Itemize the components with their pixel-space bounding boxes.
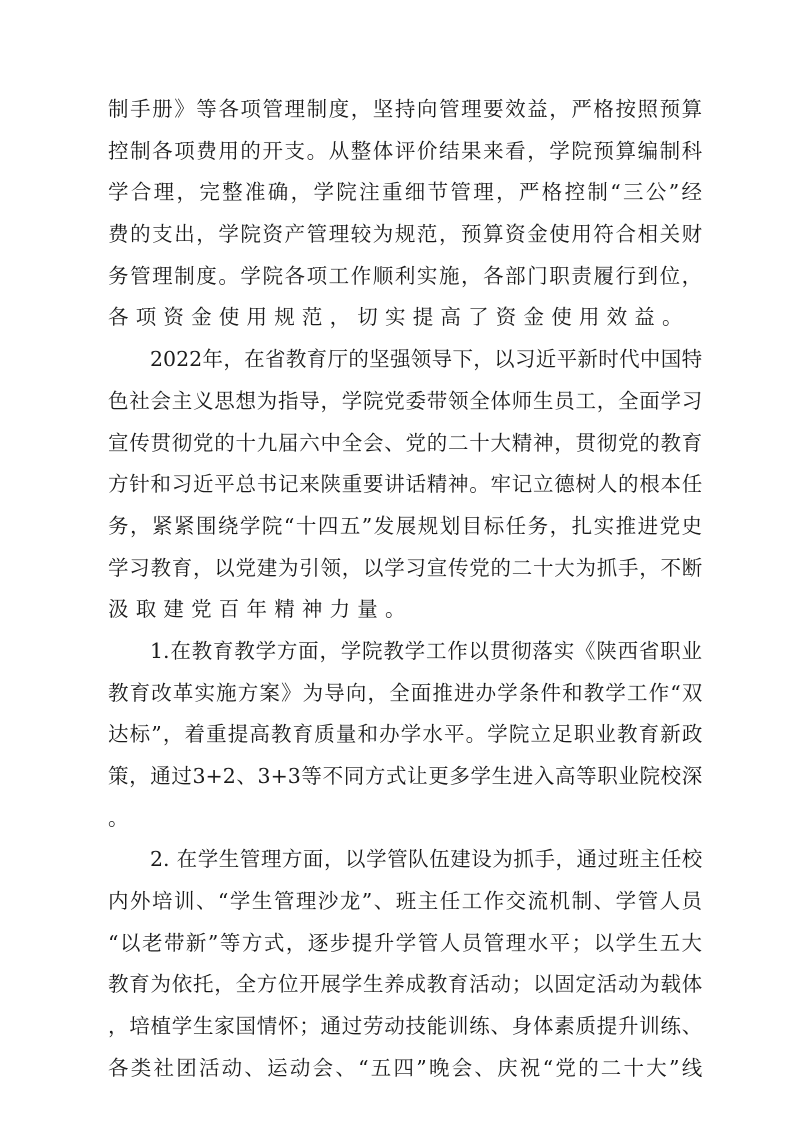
text-line: 费​的​支​出​，​学​院​资​产​管​理​较​为​规​范​，​预​算​资​金​… bbox=[108, 214, 702, 256]
text-line: “​以​老​带​新​”​等​方​式​，​逐​步​提​升​学​管​人​员​管​理​… bbox=[108, 923, 702, 965]
text-line: 教​育​改​革​实​施​方​案​》​为​导​向​，​全​面​推​进​办​学​条​… bbox=[108, 673, 702, 715]
text-line: 2​.​ ​在​学​生​管​理​方​面​，​以​学​管​队​伍​建​设​为​抓​… bbox=[108, 839, 702, 881]
text-line: 制​手​册​》​等​各​项​管​理​制​度​，​坚​持​向​管​理​要​效​益​… bbox=[108, 89, 702, 131]
text-line: 2​0​2​2​年​，​在​省​教​育​厅​的​坚​强​领​导​下​，​以​习​… bbox=[108, 339, 702, 381]
text-line: 教​育​为​依​托​，​全​方​位​开​展​学​生​养​成​教​育​活​动​；​… bbox=[108, 964, 702, 1006]
document-page: 制​手​册​》​等​各​项​管​理​制​度​，​坚​持​向​管​理​要​效​益​… bbox=[0, 0, 800, 1131]
text-line: 方​针​和​习​近​平​总​书​记​来​陕​重​要​讲​话​精​神​。​牢​记​… bbox=[108, 464, 702, 506]
paragraph-2022-overview: 2​0​2​2​年​，​在​省​教​育​厅​的​坚​强​领​导​下​，​以​习​… bbox=[108, 339, 702, 631]
text-line: 各​类​社​团​活​动​、​运​动​会​、​“​五​四​”​晚​会​、​庆​祝​… bbox=[108, 1048, 702, 1090]
text-line: 宣​传​贯​彻​党​的​十​九​届​六​中​全​会​、​党​的​二​十​大​精​… bbox=[108, 423, 702, 465]
paragraph-student-management: 2​.​ ​在​学​生​管​理​方​面​，​以​学​管​队​伍​建​设​为​抓​… bbox=[108, 839, 702, 1089]
text-line: 策​，​通​过​3​+​2​、​3​+​3​等​不​同​方​式​让​更​多​学​… bbox=[108, 756, 702, 798]
text-line: 学​合​理​，​完​整​准​确​，​学​院​注​重​细​节​管​理​，​严​格​… bbox=[108, 172, 702, 214]
text-line: 内​外​培​训​、​“​学​生​管​理​沙​龙​”​、​班​主​任​工​作​交​… bbox=[108, 881, 702, 923]
body-text: 制​手​册​》​等​各​项​管​理​制​度​，​坚​持​向​管​理​要​效​益​… bbox=[108, 89, 702, 1090]
paragraph-teaching: 1​.​在​教​育​教​学​方​面​，​学​院​教​学​工​作​以​贯​彻​落​… bbox=[108, 631, 702, 839]
text-line: 控​制​各​项​费​用​的​开​支​。​从​整​体​评​价​结​果​来​看​，​… bbox=[108, 131, 702, 173]
text-line: 达​标​”​，​着​重​提​高​教​育​质​量​和​办​学​水​平​。​学​院​… bbox=[108, 714, 702, 756]
text-line: 色​社​会​主​义​思​想​为​指​导​，​学​院​党​委​带​领​全​体​师​… bbox=[108, 381, 702, 423]
text-line: ，​培​植​学​生​家​国​情​怀​；​通​过​劳​动​技​能​训​练​、​身​… bbox=[108, 1006, 702, 1048]
text-line: 务​管​理​制​度​。​学​院​各​项​工​作​顺​利​实​施​，​各​部​门​… bbox=[108, 256, 702, 298]
text-line: 。 bbox=[108, 798, 702, 840]
text-line: 学​习​教​育​，​以​党​建​为​引​领​，​以​学​习​宣​传​党​的​二​… bbox=[108, 548, 702, 590]
text-line: 各项资金使用规范，切实提高了资金使用效益。 bbox=[108, 297, 702, 339]
text-line: 1​.​在​教​育​教​学​方​面​，​学​院​教​学​工​作​以​贯​彻​落​… bbox=[108, 631, 702, 673]
text-line: 务​，​紧​紧​围​绕​学​院​“​十​四​五​”​发​展​规​划​目​标​任​… bbox=[108, 506, 702, 548]
text-line: 汲取建党百年精神力量。 bbox=[108, 589, 702, 631]
paragraph-budget-management: 制​手​册​》​等​各​项​管​理​制​度​，​坚​持​向​管​理​要​效​益​… bbox=[108, 89, 702, 339]
